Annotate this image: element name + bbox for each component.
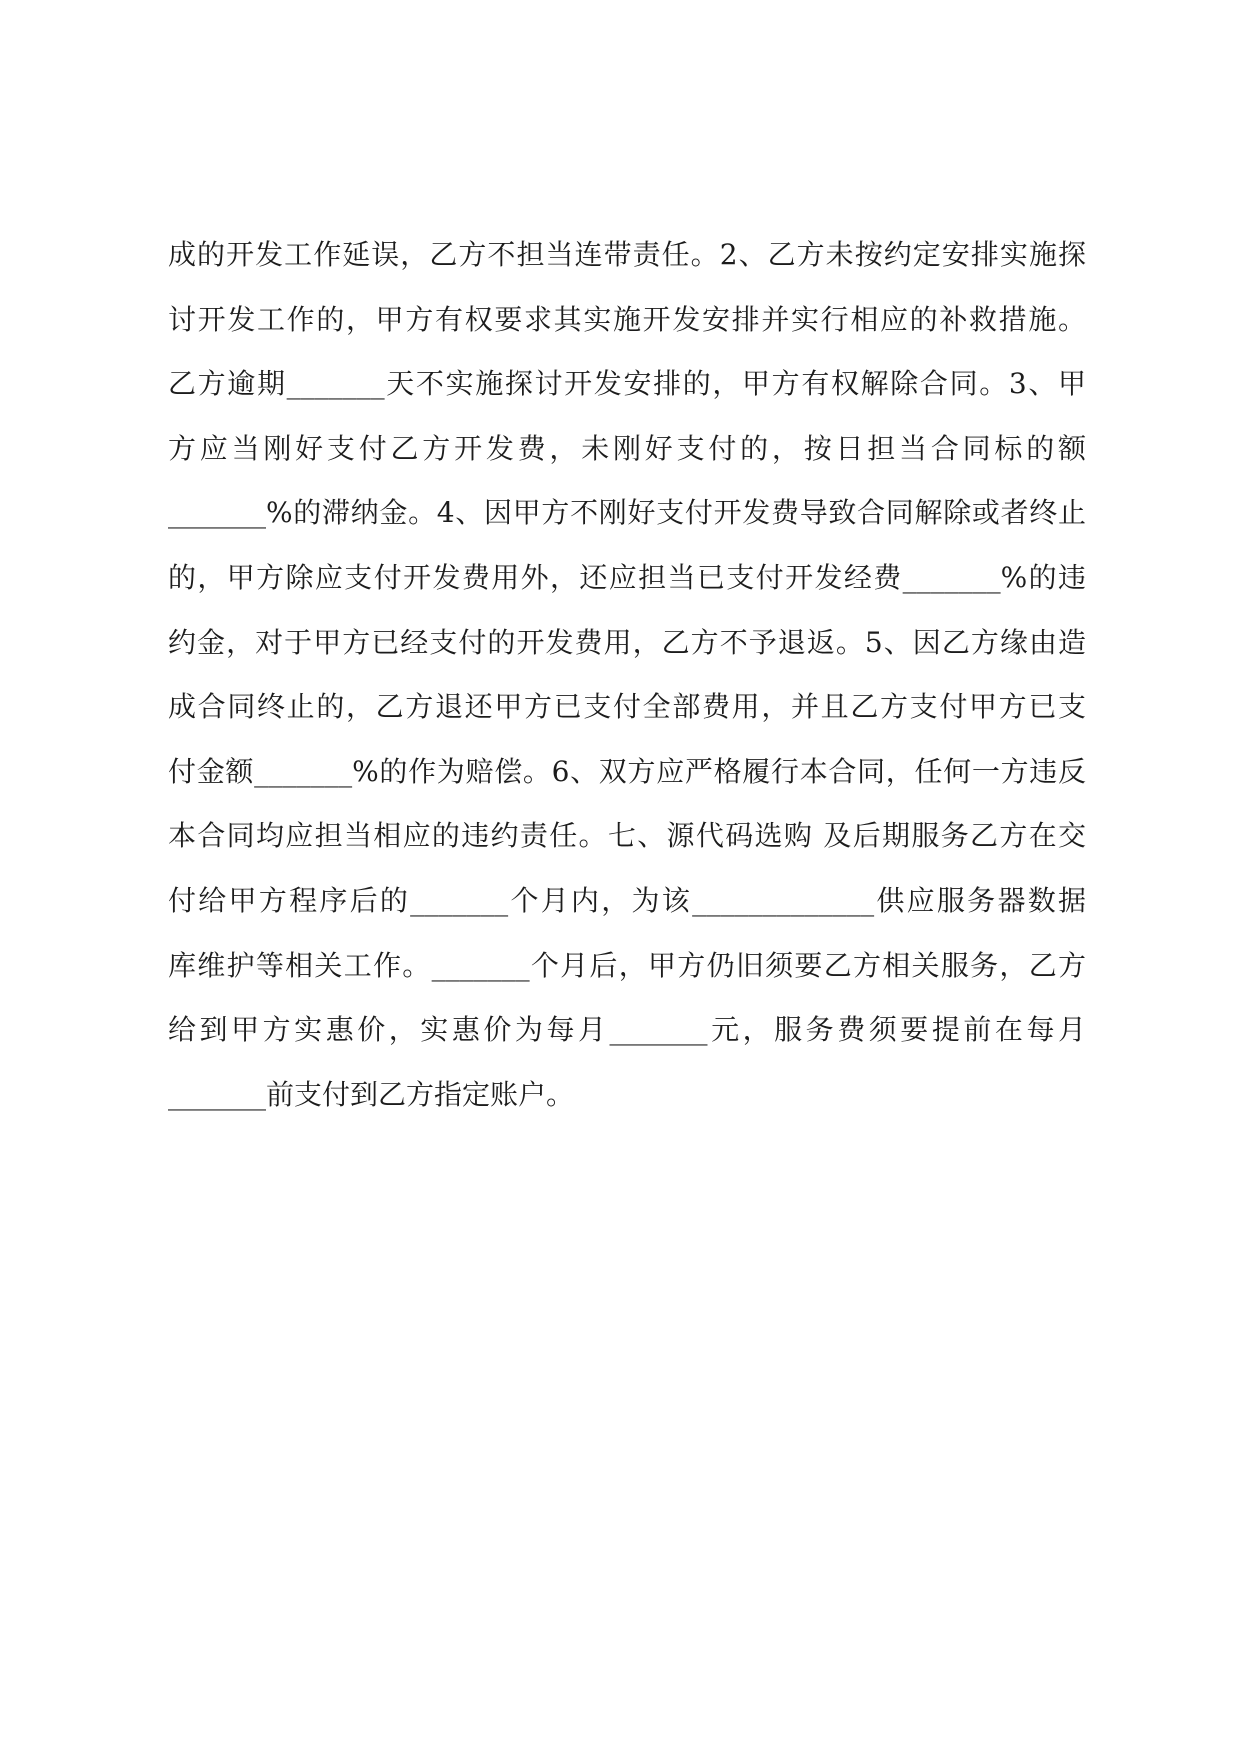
paragraph-line: 付金额_______%的作为赔偿。6、双方应严格履行本合同，任何一方违反: [168, 740, 1086, 805]
paragraph-line: _______%的滞纳金。4、因甲方不刚好支付开发费导致合同解除或者终止: [168, 481, 1086, 546]
paragraph-line: 成合同终止的，乙方退还甲方已支付全部费用，并且乙方支付甲方已支: [168, 675, 1086, 740]
paragraph-line: 讨开发工作的，甲方有权要求其实施开发安排并实行相应的补救措施。: [168, 288, 1086, 353]
contract-text-block: 成的开发工作延误，乙方不担当连带责任。2、乙方未按约定安排实施探 讨开发工作的，…: [168, 223, 1086, 1127]
paragraph-line: 的，甲方除应支付开发费用外，还应担当已支付开发经费_______%的违: [168, 546, 1086, 611]
paragraph-line: 给到甲方实惠价，实惠价为每月_______元，服务费须要提前在每月: [168, 998, 1086, 1063]
document-page: 成的开发工作延误，乙方不担当连带责任。2、乙方未按约定安排实施探 讨开发工作的，…: [0, 0, 1240, 1753]
paragraph-line: 乙方逾期_______天不实施探讨开发安排的，甲方有权解除合同。3、甲: [168, 352, 1086, 417]
paragraph-line: 成的开发工作延误，乙方不担当连带责任。2、乙方未按约定安排实施探: [168, 223, 1086, 288]
paragraph-line: 方应当刚好支付乙方开发费，未刚好支付的，按日担当合同标的额: [168, 417, 1086, 482]
paragraph-line: 库维护等相关工作。_______个月后，甲方仍旧须要乙方相关服务，乙方: [168, 934, 1086, 999]
paragraph-line: 本合同均应担当相应的违约责任。七、源代码选购 及后期服务乙方在交: [168, 804, 1086, 869]
paragraph-line: 付给甲方程序后的_______个月内，为该_____________供应服务器数…: [168, 869, 1086, 934]
paragraph-line: _______前支付到乙方指定账户。: [168, 1063, 1086, 1128]
paragraph-line: 约金，对于甲方已经支付的开发费用，乙方不予退返。5、因乙方缘由造: [168, 611, 1086, 676]
